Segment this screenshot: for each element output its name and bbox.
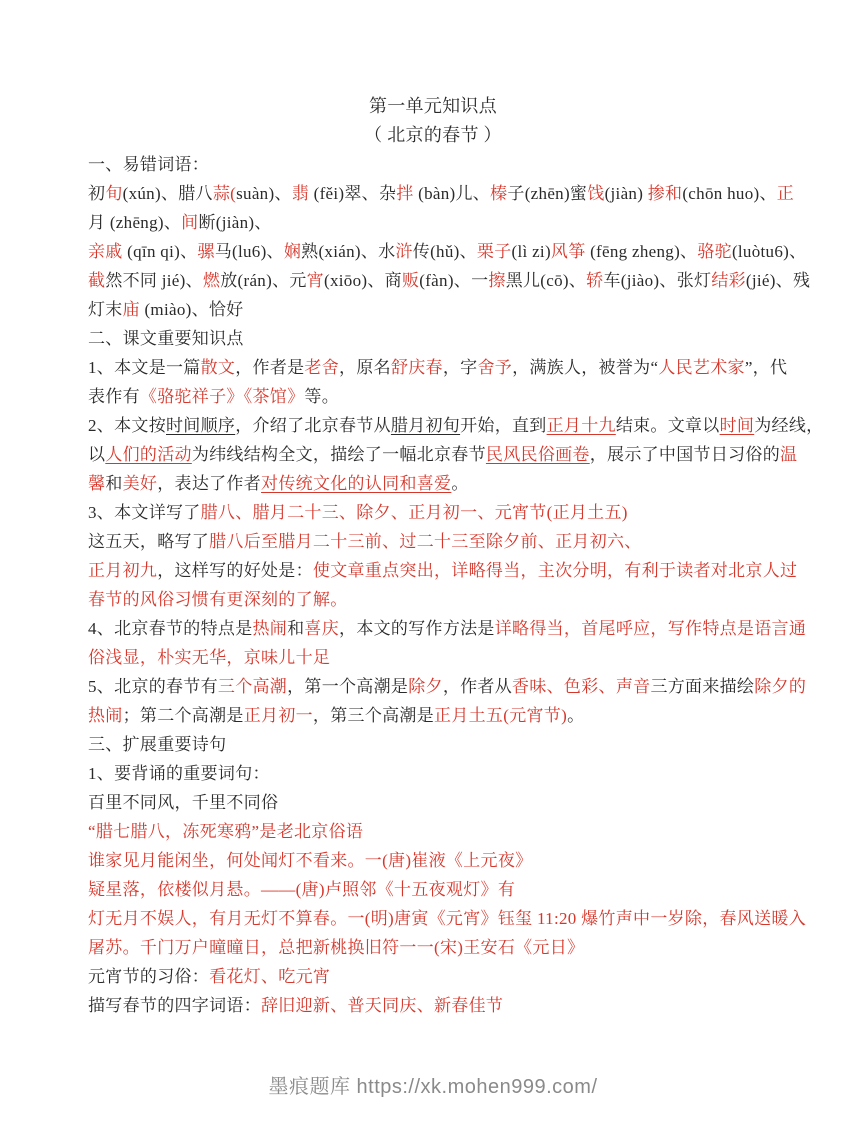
text-run: 正月初一 <box>244 706 313 725</box>
text-run: 详略得当，首尾呼应，写作特点是语言通 <box>495 619 806 638</box>
text-line: 描写春节的四字词语：辞旧迎新、普天同庆、新春佳节 <box>0 991 866 1020</box>
text-run: 亲戚 <box>88 242 123 261</box>
text-run: 时间顺序 <box>166 416 235 435</box>
text-run: 谁家见月能闲坐，何处闻灯不看来。一(唐)崔液《上元夜》 <box>88 851 532 870</box>
text-run: 对传统文化的认同和喜爱 <box>261 474 451 493</box>
text-run: ，介绍了北京春节从 <box>235 416 391 435</box>
text-run: (jiàn) <box>605 184 648 203</box>
text-run: 以 <box>88 445 105 464</box>
text-run: 宵 <box>307 271 324 290</box>
text-run: “腊七腊八，冻死寒鸦”是老北京俗语 <box>88 822 363 841</box>
text-run: 灯无月不娱人，有月无灯不算春。一(明)唐寅《元宵》钰玺 11:20 爆竹声中一岁… <box>88 909 806 928</box>
text-run: 正月十九 <box>547 416 616 435</box>
text-run: 3、本文详写了 <box>88 503 201 522</box>
text-run: (luòtu6)、 <box>732 242 806 261</box>
text-line: 春节的风俗习惯有更深刻的了解。 <box>0 585 866 614</box>
text-run: ，表达了作者 <box>157 474 261 493</box>
text-line: 谁家见月能闲坐，何处闻灯不看来。一(唐)崔液《上元夜》 <box>0 846 866 875</box>
text-run: 热闹 <box>253 619 288 638</box>
text-run: 散文 <box>201 358 236 377</box>
text-run: 旬 <box>105 184 122 203</box>
text-run: 屠苏。千门万户曈曈日，总把新桃换旧符一一(宋)王安石《元日》 <box>88 938 584 957</box>
text-run: 栗子 <box>477 242 512 261</box>
text-run: ，第一个高潮是 <box>287 677 408 696</box>
text-run: ，本文的写作方法是 <box>339 619 495 638</box>
text-run: 这五天，略写了 <box>88 532 209 551</box>
text-line: 2、本文按时间顺序，介绍了北京春节从腊月初旬开始，直到正月十九结束。文章以时间为… <box>0 411 866 440</box>
text-run: 为经线， <box>754 416 823 435</box>
text-run: 疑星落，依楼似月悬。——(唐)卢照邻《十五夜观灯》有 <box>88 880 515 899</box>
text-run: 拌 <box>396 184 413 203</box>
text-run: (jié)、残 <box>746 271 810 290</box>
text-run: 使文章重点突出，详略得当，主次分明，有利于读者对北京人过 <box>313 561 797 580</box>
text-line: “腊七腊八，冻死寒鸦”是老北京俗语 <box>0 817 866 846</box>
text-run: 风筝 <box>551 242 586 261</box>
text-run: 正 <box>777 184 794 203</box>
text-run: 浒 <box>395 242 412 261</box>
text-run: 元宵节的习俗： <box>88 967 209 986</box>
text-run: 描写春节的四字词语： <box>88 996 261 1015</box>
text-run: 榛 <box>490 184 507 203</box>
text-line: 3、本文详写了腊八、腊月二十三、除夕、正月初一、元宵节(正月土五) <box>0 498 866 527</box>
text-run: 1、本文是一篇 <box>88 358 201 377</box>
text-run: ，作者是 <box>235 358 304 377</box>
text-run: 月 (zhēng)、 <box>88 213 181 232</box>
text-run: ；第二个高潮是 <box>123 706 244 725</box>
text-run: (qīn qi)、 <box>123 242 198 261</box>
text-run: 春节的风俗习惯有更深刻的了解。 <box>88 590 348 609</box>
text-run: ，第三个高潮是 <box>313 706 434 725</box>
text-run: 三个高潮 <box>218 677 287 696</box>
text-run: 蒜( <box>213 184 236 203</box>
text-run: 车(jiào)、张灯 <box>603 271 711 290</box>
text-line: 这五天，略写了腊八后至腊月二十三前、过二十三至除夕前、正月初六、 <box>0 527 866 556</box>
text-line: 以人们的活动为纬线结构全文，描绘了一幅北京春节民风民俗画卷，展示了中国节日习俗的… <box>0 440 866 469</box>
text-run: 马(lu6)、 <box>215 242 284 261</box>
text-run: 骆驼 <box>697 242 732 261</box>
text-run: 正月初九 <box>88 561 157 580</box>
text-run: ，作者从 <box>443 677 512 696</box>
text-run: ，这样写的好处是： <box>157 561 313 580</box>
text-line: 灯末庙 (miào)、恰好 <box>0 295 866 324</box>
text-run: 腊月初旬 <box>391 416 460 435</box>
text-run: 庙 <box>123 300 140 319</box>
text-run: 一、易错词语： <box>88 155 209 174</box>
text-run: (fěi)翠、杂 <box>309 184 396 203</box>
text-run: (bàn)儿、 <box>414 184 491 203</box>
document-title: 第一单元知识点 <box>0 92 866 121</box>
text-run: 和 <box>287 619 304 638</box>
text-run: 辞旧迎新、普天同庆、新春佳节 <box>261 996 503 1015</box>
text-line: 表作有《骆驼祥子》《茶馆》等。 <box>0 382 866 411</box>
text-run: 1、要背诵的重要词句： <box>88 764 270 783</box>
text-run: 骡 <box>197 242 214 261</box>
text-line: 灯无月不娱人，有月无灯不算春。一(明)唐寅《元宵》钰玺 11:20 爆竹声中一岁… <box>0 904 866 933</box>
text-run: 开始，直到 <box>460 416 547 435</box>
text-run: 。 <box>567 706 584 725</box>
text-run: 熟(xián)、水 <box>301 242 395 261</box>
text-run: 馨 <box>88 474 105 493</box>
text-run: 为纬线结构全文，描绘了一幅北京春节 <box>192 445 486 464</box>
text-run: 轿 <box>586 271 603 290</box>
text-line: 一、易错词语： <box>0 150 866 179</box>
text-run: 看花灯、吃元宵 <box>209 967 330 986</box>
text-run: 喜庆 <box>304 619 339 638</box>
text-run: (xiōo)、商 <box>324 271 402 290</box>
text-line: 初旬(xún)、腊八蒜(suàn)、翡 (fěi)翠、杂拌 (bàn)儿、榛子(… <box>0 179 866 208</box>
text-run: 人民艺术家 <box>658 358 745 377</box>
text-run: 除夕的 <box>754 677 806 696</box>
text-line: 三、扩展重要诗句 <box>0 730 866 759</box>
text-run: 饯 <box>587 184 604 203</box>
text-line: 热闹；第二个高潮是正月初一，第三个高潮是正月土五(元宵节)。 <box>0 701 866 730</box>
text-run: 擦 <box>488 271 505 290</box>
text-run: 舍予 <box>477 358 512 377</box>
text-run: 掺和 <box>648 184 683 203</box>
text-run: 然不同 jié)、 <box>105 271 203 290</box>
text-run: (lì zi) <box>512 242 551 261</box>
text-run: 三、扩展重要诗句 <box>88 735 226 754</box>
text-run: 贩 <box>402 271 419 290</box>
text-run: 2、本文按 <box>88 416 166 435</box>
text-run: 断(jiàn)、 <box>198 213 271 232</box>
text-run: (fēng zheng)、 <box>586 242 698 261</box>
text-run: 间 <box>181 213 198 232</box>
document-subtitle: （ 北京的春节 ） <box>0 121 866 150</box>
text-run: 黑儿(cō)、 <box>506 271 586 290</box>
text-line: 4、北京春节的特点是热闹和喜庆，本文的写作方法是详略得当，首尾呼应，写作特点是语… <box>0 614 866 643</box>
text-run: 腊八后至腊月二十三前、过二十三至除夕前、正月初六、 <box>209 532 642 551</box>
footer-site-name: 墨痕题库 <box>268 1076 350 1098</box>
text-run: 传(hǔ)、 <box>413 242 477 261</box>
text-run: ，展示了中国节日习俗的 <box>590 445 780 464</box>
text-run: 结束。文章以 <box>616 416 720 435</box>
page: { "colors": { "accent_red": "#d6372b", "… <box>0 0 866 1122</box>
text-line: 1、要背诵的重要词句： <box>0 759 866 788</box>
text-run: ，满族人，被誉为“ <box>512 358 658 377</box>
text-run: (xún)、腊八 <box>123 184 213 203</box>
text-run: 《骆驼祥子》《茶馆》 <box>140 387 305 406</box>
text-run: 和 <box>105 474 122 493</box>
text-run: 时间 <box>720 416 755 435</box>
text-run: 热闹 <box>88 706 123 725</box>
text-line: 月 (zhēng)、间断(jiàn)、 <box>0 208 866 237</box>
text-run: 舒庆春 <box>391 358 443 377</box>
text-run: 子(zhēn)蜜 <box>507 184 587 203</box>
text-run: 截 <box>88 271 105 290</box>
text-run: 娴 <box>284 242 301 261</box>
text-line: 亲戚 (qīn qi)、骡马(lu6)、娴熟(xián)、水浒传(hǔ)、栗子(… <box>0 237 866 266</box>
footer-url: https://xk.mohen999.com/ <box>357 1076 598 1098</box>
text-run: 灯末 <box>88 300 123 319</box>
text-run: (fàn)、一 <box>419 271 488 290</box>
text-run: 正月土五(元宵节) <box>434 706 567 725</box>
text-line: 元宵节的习俗：看花灯、吃元宵 <box>0 962 866 991</box>
text-line: 屠苏。千门万户曈曈日，总把新桃换旧符一一(宋)王安石《元日》 <box>0 933 866 962</box>
text-run: 除夕 <box>408 677 443 696</box>
text-run: ”，代 <box>745 358 787 377</box>
text-run: 表作有 <box>88 387 140 406</box>
text-line: 馨和美好，表达了作者对传统文化的认同和喜爱。 <box>0 469 866 498</box>
text-line: 俗浅显，朴实无华，京味儿十足 <box>0 643 866 672</box>
text-run: 等。 <box>304 387 339 406</box>
text-run: 老舍 <box>304 358 339 377</box>
text-run: 二、课文重要知识点 <box>88 329 244 348</box>
text-run: (chōn huo)、 <box>682 184 776 203</box>
text-line: 1、本文是一篇散文，作者是老舍，原名舒庆春，字舍予，满族人，被誉为“人民艺术家”… <box>0 353 866 382</box>
text-run: 结彩 <box>711 271 746 290</box>
text-run: 。 <box>451 474 468 493</box>
text-run: 美好 <box>123 474 158 493</box>
text-line: 正月初九，这样写的好处是：使文章重点突出，详略得当，主次分明，有利于读者对北京人… <box>0 556 866 585</box>
text-run: 三方面来描绘 <box>650 677 754 696</box>
text-run: 人们的活动 <box>105 445 192 464</box>
document-page: 第一单元知识点 （ 北京的春节 ） 一、易错词语：初旬(xún)、腊八蒜(suà… <box>0 92 866 1020</box>
text-run: ，字 <box>443 358 478 377</box>
text-line: 5、北京的春节有三个高潮，第一个高潮是除夕，作者从香味、色彩、声音三方面来描绘除… <box>0 672 866 701</box>
text-run: 民风民俗画卷 <box>486 445 590 464</box>
text-line: 截然不同 jié)、燃放(rán)、元宵(xiōo)、商贩(fàn)、一擦黑儿(… <box>0 266 866 295</box>
text-run: 腊八、腊月二十三、除夕、正月初一、元宵节(正月土五) <box>201 503 628 522</box>
text-run: 5、北京的春节有 <box>88 677 218 696</box>
text-line: 二、课文重要知识点 <box>0 324 866 353</box>
text-run: (miào)、恰好 <box>140 300 244 319</box>
footer: 墨痕题库 https://xk.mohen999.com/ <box>0 1070 866 1099</box>
text-run: 温 <box>780 445 797 464</box>
text-line: 疑星落，依楼似月悬。——(唐)卢照邻《十五夜观灯》有 <box>0 875 866 904</box>
text-run: suàn)、 <box>236 184 292 203</box>
text-run: 燃 <box>203 271 220 290</box>
text-run: 初 <box>88 184 105 203</box>
text-run: 百里不同风，千里不同俗 <box>88 793 278 812</box>
text-run: 翡 <box>292 184 309 203</box>
text-run: ，原名 <box>339 358 391 377</box>
text-run: 俗浅显，朴实无华，京味儿十足 <box>88 648 330 667</box>
document-body: 一、易错词语：初旬(xún)、腊八蒜(suàn)、翡 (fěi)翠、杂拌 (bà… <box>0 150 866 1020</box>
text-line: 百里不同风，千里不同俗 <box>0 788 866 817</box>
text-run: 香味、色彩、声音 <box>512 677 650 696</box>
text-run: 4、北京春节的特点是 <box>88 619 253 638</box>
text-run: 放(rán)、元 <box>220 271 306 290</box>
